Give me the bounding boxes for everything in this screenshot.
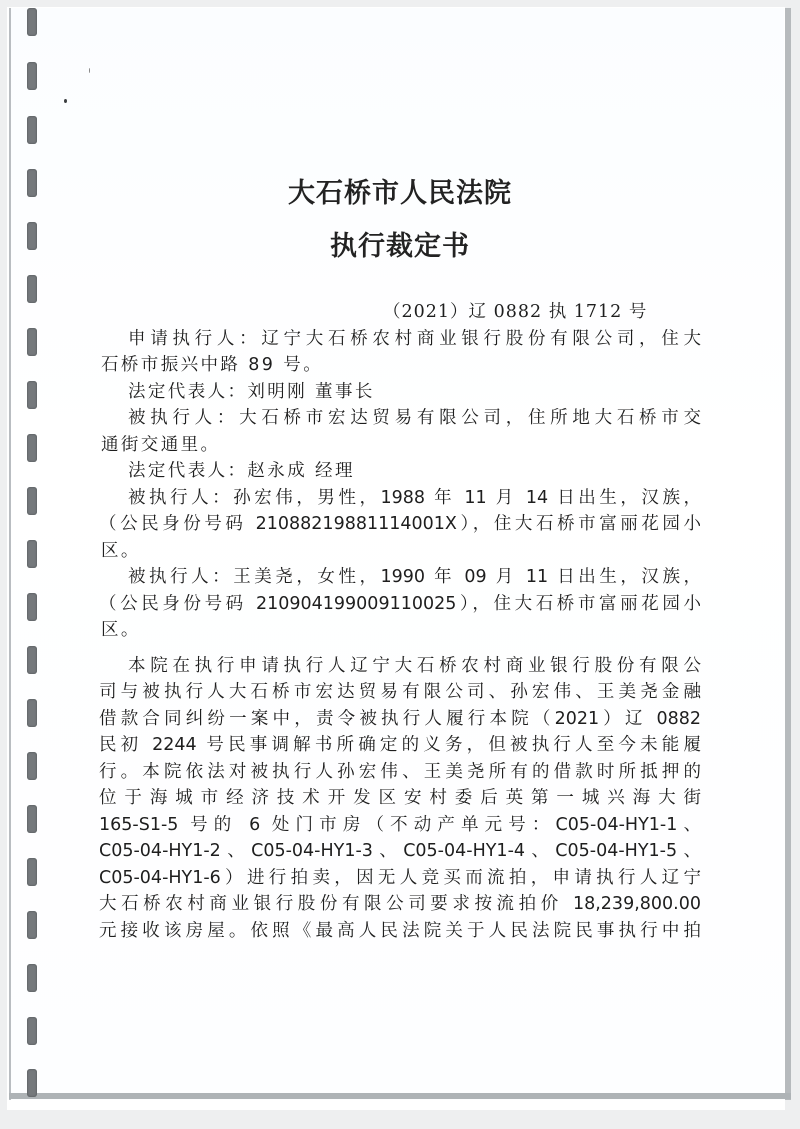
document-text-line: 被执行人：王美尧，女性，1990 年 09 月 11 日出生，汉族， <box>128 564 701 590</box>
document-text-line: 位于海城市经济技术开发区安村委后英第一城兴海大街 <box>99 785 701 811</box>
punch-hole <box>27 381 37 409</box>
punch-hole <box>27 699 37 727</box>
document-text-line: 大石桥农村商业银行股份有限公司要求按流拍价 18,239,800.00 <box>99 891 701 917</box>
punch-hole <box>27 752 37 780</box>
document-text-line: 行。本院依法对被执行人孙宏伟、王美尧所有的借款时所抵押的 <box>99 759 701 785</box>
punch-hole <box>27 487 37 515</box>
punch-hole <box>27 434 37 462</box>
document-text-line: 法定代表人：刘明刚 董事长 <box>128 379 701 405</box>
document-text-line: （公民身份号码 21088219881114001X），住大石桥市富丽花园小 <box>99 511 701 537</box>
punch-hole <box>27 646 37 674</box>
case-number: （2021）辽 0882 执 1712 号 <box>383 299 647 325</box>
punch-hole <box>27 328 37 356</box>
document-text-line: 通街交通里。 <box>101 432 701 458</box>
scan-speck <box>89 68 90 73</box>
document-type-heading: 执行裁定书 <box>0 224 800 263</box>
document-text-line: C05-04-HY1-2、C05-04-HY1-3、C05-04-HY1-4、C… <box>99 838 701 864</box>
document-text-line: 法定代表人：赵永成 经理 <box>128 458 701 484</box>
court-name-heading: 大石桥市人民法院 <box>0 171 800 210</box>
punch-hole <box>27 540 37 568</box>
document-text-line: 司与被执行人大石桥市宏达贸易有限公司、孙宏伟、王美尧金融 <box>99 679 701 705</box>
page-bottom-edge <box>9 1093 791 1099</box>
punch-hole <box>27 858 37 886</box>
punch-hole <box>27 275 37 303</box>
document-text-line: 区。 <box>101 617 701 643</box>
document-text-line: 165-S1-5 号的 6 处门市房（不动产单元号：C05-04-HY1-1、 <box>99 812 701 838</box>
document-text-line: 借款合同纠纷一案中，责令被执行人履行本院（2021）辽 0882 <box>99 706 701 732</box>
document-text-line: 被执行人：孙宏伟，男性，1988 年 11 月 14 日出生，汉族， <box>128 485 701 511</box>
document-text-line: （公民身份号码 210904199009110025），住大石桥市富丽花园小 <box>99 591 701 617</box>
document-text-line: 元接收该房屋。依照《最高人民法院关于人民法院民事执行中拍 <box>99 918 701 944</box>
punch-hole <box>27 964 37 992</box>
document-text-line: 申请执行人：辽宁大石桥农村商业银行股份有限公司，住大 <box>128 326 701 352</box>
punch-hole <box>27 805 37 833</box>
punch-hole <box>27 62 37 90</box>
document-text-line: C05-04-HY1-6）进行拍卖，因无人竞买而流拍，申请执行人辽宁 <box>99 865 701 891</box>
scan-speck <box>64 99 67 103</box>
punch-hole <box>27 911 37 939</box>
document-text-line: 本院在执行申请执行人辽宁大石桥农村商业银行股份有限公 <box>128 653 701 679</box>
punch-hole <box>27 116 37 144</box>
punch-hole <box>27 1017 37 1045</box>
punch-hole <box>27 593 37 621</box>
document-text-line: 石桥市振兴中路 89 号。 <box>101 352 701 378</box>
punch-hole <box>27 1069 37 1097</box>
document-text-line: 区。 <box>101 538 701 564</box>
document-text-line: 被执行人：大石桥市宏达贸易有限公司，住所地大石桥市交 <box>128 405 701 431</box>
punch-hole <box>27 8 37 36</box>
document-text-line: 民初 2244 号民事调解书所确定的义务，但被执行人至今未能履 <box>99 732 701 758</box>
